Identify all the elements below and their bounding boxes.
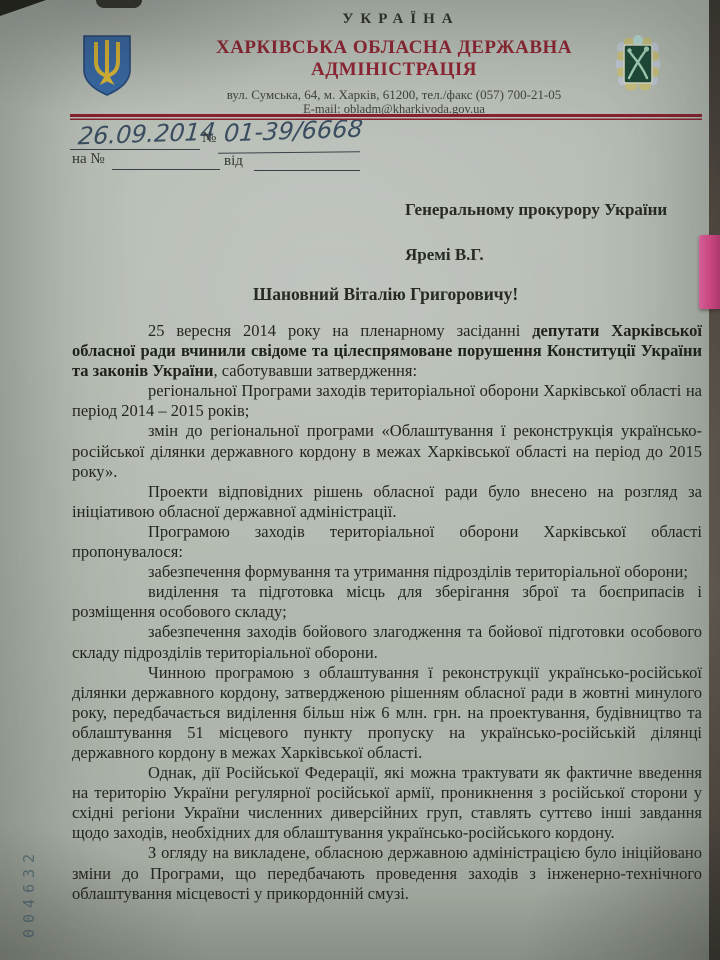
reply-date-underline <box>254 170 360 171</box>
paragraph: забезпечення заходів бойового злагодженн… <box>72 622 702 662</box>
paragraph: Проекти відповідних рішень обласної ради… <box>72 482 702 522</box>
reply-from-label: від <box>224 153 243 170</box>
ukraine-coat-of-arms-icon <box>82 34 132 102</box>
paragraph-intro: 25 вересня 2014 року на пленарному засід… <box>72 321 702 381</box>
letter-body: 25 вересня 2014 року на пленарному засід… <box>72 321 702 904</box>
address-line: вул. Сумська, 64, м. Харків, 61200, тел.… <box>168 87 620 103</box>
reply-number-underline <box>112 169 220 170</box>
paragraph: змін до регіональної програми «Облаштува… <box>72 421 702 481</box>
recipient-block: Генеральному прокурору України Яремі В.Г… <box>405 200 667 265</box>
reply-to-number-label: на № <box>72 151 105 168</box>
salutation: Шановний Віталію Григоровичу! <box>253 284 518 305</box>
organization-name-line1: ХАРКІВСЬКА ОБЛАСНА ДЕРЖАВНА <box>168 37 620 59</box>
paragraph: регіональної Програми заходів територіал… <box>72 381 702 421</box>
recipient-name: Яремі В.Г. <box>405 245 667 265</box>
number-symbol: № <box>202 130 216 147</box>
intro-pre: 25 вересня 2014 року на пленарному засід… <box>148 321 532 340</box>
intro-post: , саботувавши затвердження: <box>214 361 418 380</box>
country-title: УКРАЇНА <box>168 11 627 28</box>
paragraph: забезпечення формування та утримання під… <box>72 562 702 582</box>
kharkiv-oblast-emblem-icon <box>613 34 663 99</box>
paragraph: Однак, дії Російської Федерації, які мож… <box>72 763 702 843</box>
scanned-letter-page: УКРАЇНА ХАРКІВСЬКА ОБЛАСНА ДЕРЖАВНА АДМІ… <box>0 0 720 960</box>
paragraph: З огляду на викладене, обласною державно… <box>72 843 702 903</box>
photo-artifact-corner-mark <box>0 0 46 16</box>
paragraph: Чинною програмою з облаштування ї реконс… <box>72 663 702 763</box>
paragraph: Програмою заходів територіальної оборони… <box>72 522 702 562</box>
header-separator-line <box>70 114 702 121</box>
recipient-title: Генеральному прокурору України <box>405 200 667 220</box>
date-underline <box>70 149 200 150</box>
paragraph: виділення та підготовка місць для зберіг… <box>72 582 702 622</box>
photo-artifact-top-smudge <box>96 0 142 8</box>
photo-background-edge <box>709 0 720 960</box>
pink-sticky-tab <box>699 235 720 309</box>
organization-name-line2: АДМІНІСТРАЦІЯ <box>168 59 620 81</box>
registry-stamp-number: 004632 <box>20 828 42 938</box>
handwritten-date: 26.09.2014 <box>77 118 217 151</box>
